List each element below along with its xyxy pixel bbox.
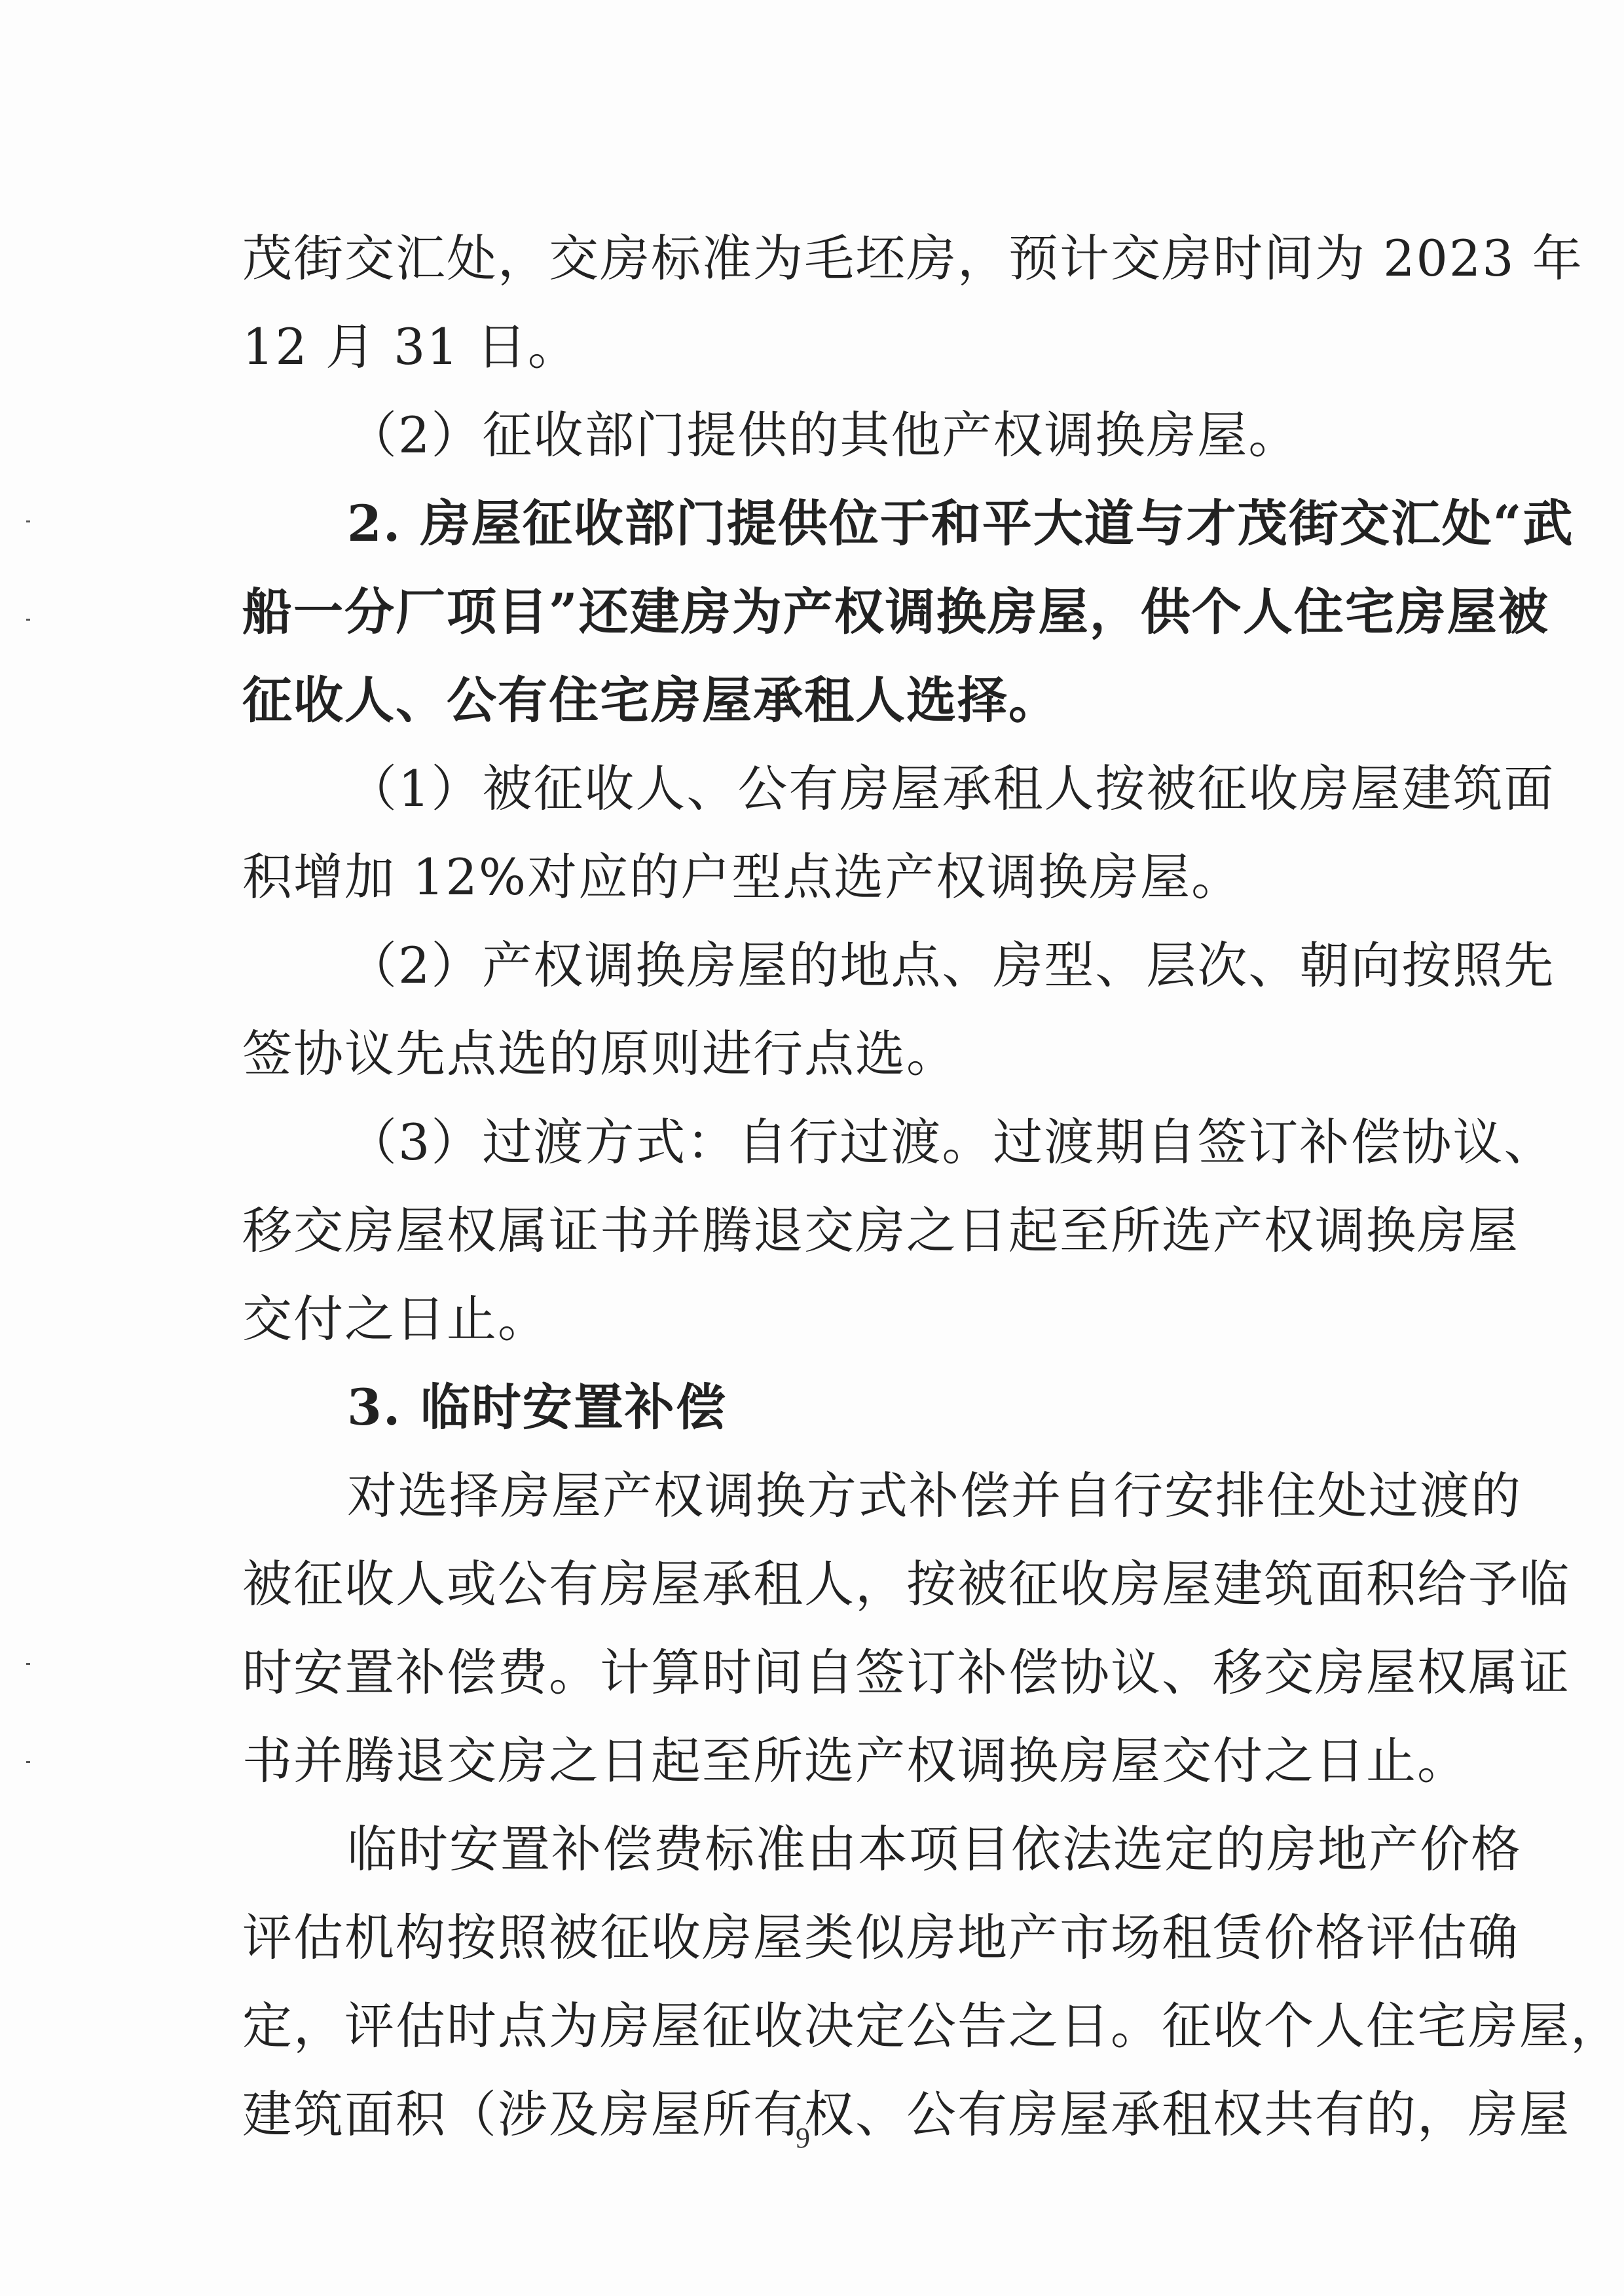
scan-mark xyxy=(26,1761,30,1763)
text-line: 交付之日止。 xyxy=(242,1286,1385,1352)
text-line: 茂街交汇处，交房标准为毛坯房，预计交房时间为 2023 年 xyxy=(242,226,1385,291)
page-number: 9 xyxy=(796,2121,810,2155)
scan-mark xyxy=(26,619,30,621)
text-line: 积增加 12%对应的户型点选产权调换房屋。 xyxy=(242,845,1385,910)
text-line: 时安置补偿费。计算时间自签订补偿协议、移交房屋权属证 xyxy=(242,1640,1385,1705)
text-line: （3）过渡方式：自行过渡。过渡期自签订补偿协议、 xyxy=(347,1110,1385,1175)
scan-mark xyxy=(26,520,30,522)
text-line: 评估机构按照被征收房屋类似房地产市场租赁价格评估确 xyxy=(242,1905,1385,1971)
text-line: （2）征收部门提供的其他产权调换房屋。 xyxy=(347,403,1385,468)
heading-line: 3. 临时安置补偿 xyxy=(347,1375,1385,1440)
text-line: 临时安置补偿费标准由本项目依法选定的房地产价格 xyxy=(347,1817,1385,1882)
heading-line: 2. 房屋征收部门提供位于和平大道与才茂街交汇处“武 xyxy=(347,491,1385,556)
heading-line: 船一分厂项目”还建房为产权调换房屋，供个人住宅房屋被 xyxy=(242,579,1385,645)
text-line: 移交房屋权属证书并腾退交房之日起至所选产权调换房屋 xyxy=(242,1198,1385,1264)
text-line: （1）被征收人、公有房屋承租人按被征收房屋建筑面 xyxy=(347,756,1385,822)
text-line: 被征收人或公有房屋承租人，按被征收房屋建筑面积给予临 xyxy=(242,1552,1385,1617)
heading-line: 征收人、公有住宅房屋承租人选择。 xyxy=(242,668,1385,733)
text-line: 签协议先点选的原则进行点选。 xyxy=(242,1021,1385,1087)
text-line: （2）产权调换房屋的地点、房型、层次、朝向按照先 xyxy=(347,933,1385,998)
text-line: 定，评估时点为房屋征收决定公告之日。征收个人住宅房屋， xyxy=(242,1994,1385,2059)
text-line: 12 月 31 日。 xyxy=(242,314,1385,380)
text-line: 对选择房屋产权调换方式补偿并自行安排住处过渡的 xyxy=(347,1463,1385,1529)
text-line: 书并腾退交房之日起至所选产权调换房屋交付之日止。 xyxy=(242,1728,1385,1794)
document-page: 茂街交汇处，交房标准为毛坯房，预计交房时间为 2023 年12 月 31 日。（… xyxy=(0,0,1624,2296)
scan-mark xyxy=(26,1663,30,1665)
text-line: 建筑面积（涉及房屋所有权、公有房屋承租权共有的，房屋 xyxy=(242,2082,1385,2147)
